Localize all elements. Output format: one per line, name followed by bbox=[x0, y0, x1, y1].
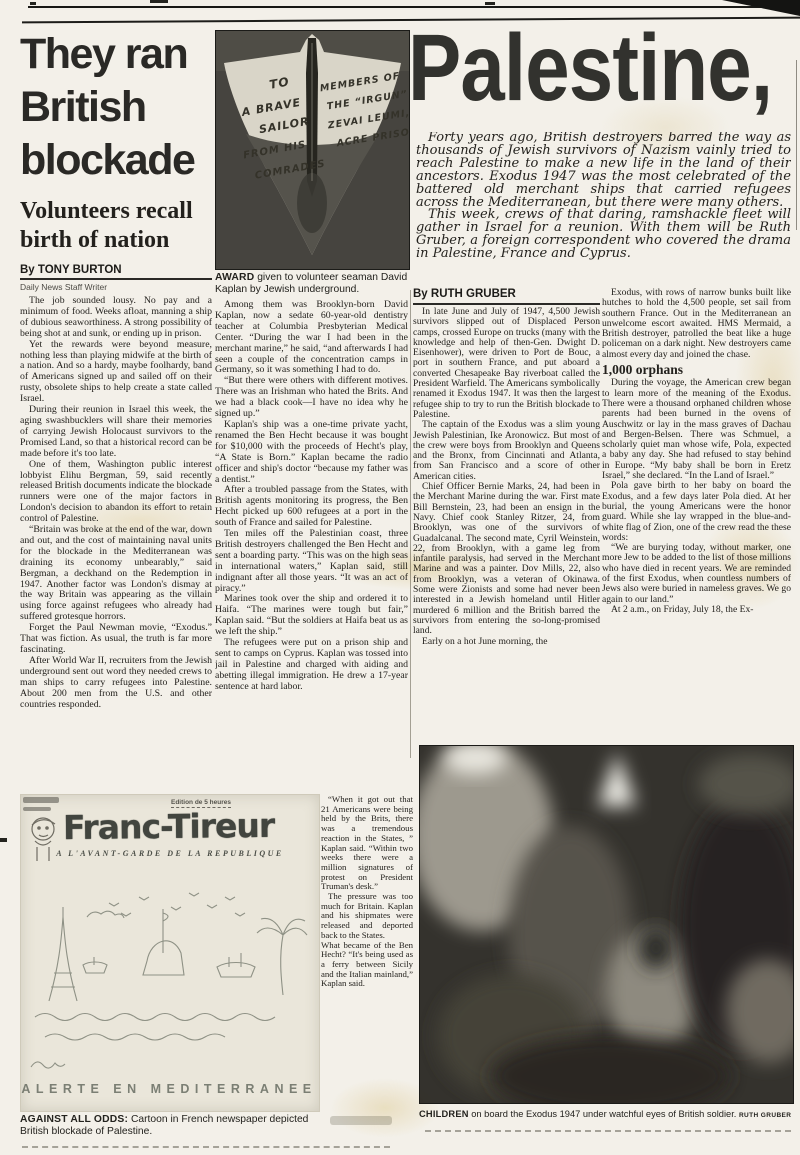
main-intro: Forty years ago, British destroyers barr… bbox=[416, 132, 791, 288]
paragraph: Early on a hot June morning, the bbox=[413, 637, 600, 647]
newspaper-page: They ran British blockade Volunteers rec… bbox=[0, 0, 800, 1155]
eiffel-tower-doodle bbox=[49, 907, 77, 1001]
byline-rule bbox=[413, 303, 600, 305]
french-newspaper-clipping: Edition de 5 heures Franc-Tireur A L'AVA… bbox=[20, 794, 320, 1112]
ship-doodle bbox=[143, 909, 184, 975]
headline-line: British bbox=[20, 81, 220, 134]
paragraph: The captain of the Exodus was a slim you… bbox=[413, 420, 600, 482]
award-caption: AWARD given to volunteer seaman David Ka… bbox=[215, 272, 408, 297]
paragraph: The pressure was too much for Britain. K… bbox=[321, 892, 413, 941]
top-rule bbox=[28, 6, 800, 8]
caption-lead: CHILDREN bbox=[419, 1109, 469, 1119]
paragraph: Kaplan's ship was a one-time private yac… bbox=[215, 420, 408, 485]
paragraph: After a troubled passage from the States… bbox=[215, 485, 408, 529]
headline-line: They ran bbox=[20, 28, 220, 81]
narrow-column: “When it got out that 21 Americans were … bbox=[321, 795, 413, 1135]
clipping-smudge bbox=[23, 807, 51, 811]
caption-text: on board the Exodus 1947 under watchful … bbox=[471, 1109, 736, 1119]
ship-doodle bbox=[217, 953, 255, 977]
ship-doodle bbox=[83, 957, 107, 973]
children-caption: CHILDREN on board the Exodus 1947 under … bbox=[419, 1108, 797, 1122]
paragraph: At 2 a.m., on Friday, July 18, the Ex- bbox=[602, 605, 791, 615]
paragraph: Pola gave birth to her baby on board the… bbox=[602, 481, 791, 543]
scan-speck bbox=[30, 2, 36, 5]
clipping-smudge bbox=[23, 797, 59, 803]
scan-speck bbox=[0, 838, 7, 842]
paragraph: “We are burying today, without marker, o… bbox=[602, 543, 791, 605]
paragraph: Yet the rewards were beyond measure, not… bbox=[20, 340, 212, 405]
scan-speck bbox=[485, 2, 495, 5]
left-subhead: Volunteers recall birth of nation bbox=[20, 197, 216, 255]
main-headline: Palestine, bbox=[408, 12, 800, 124]
byline-rule bbox=[20, 278, 212, 280]
byline-role: Daily News Staff Writer bbox=[20, 282, 212, 292]
left-headline: They ran British blockade bbox=[20, 28, 220, 187]
children-photo bbox=[419, 745, 794, 1104]
left-article-column-2: Among them was Brooklyn-born David Kapla… bbox=[215, 300, 408, 792]
children-photo-art bbox=[420, 746, 793, 1103]
paragraph: One of them, Washington public interest … bbox=[20, 460, 212, 525]
award-photo-art: TO A BRAVE SAILOR FROM HIS COMRADES MEMB… bbox=[216, 31, 409, 269]
paragraph: “When it got out that 21 Americans were … bbox=[321, 795, 413, 892]
paragraph: Ten miles off the Palestinian coast, thr… bbox=[215, 529, 408, 594]
left-article-column-1: The job sounded lousy. No pay and a mini… bbox=[20, 296, 212, 778]
paragraph: “Britain was broke at the end of the war… bbox=[20, 525, 212, 623]
caption-lead: AWARD bbox=[215, 272, 254, 283]
paragraph: During the voyage, the American crew beg… bbox=[602, 378, 791, 481]
paragraph: “But there were others with different mo… bbox=[215, 376, 408, 420]
planes-doodle bbox=[109, 893, 245, 916]
paragraph: What became of the Ben Hecht? “It's bein… bbox=[321, 941, 413, 990]
scan-speck bbox=[150, 0, 168, 3]
cartoon-caption-text: ALERTE EN MEDITERRANEE bbox=[21, 1082, 316, 1096]
waves-doodle bbox=[35, 1014, 275, 1021]
caption-lead: AGAINST ALL ODDS: bbox=[20, 1114, 128, 1125]
intro-paragraph: Forty years ago, British destroyers barr… bbox=[416, 132, 791, 209]
masthead: Franc-Tireur bbox=[63, 806, 275, 847]
paragraph: The refugees were put on a prison ship a… bbox=[215, 638, 408, 693]
mascot-doodle bbox=[23, 813, 63, 868]
paragraph: Exodus, with rows of narrow bunks built … bbox=[602, 288, 791, 360]
paragraph: In late June and July of 1947, 4,500 Jew… bbox=[413, 307, 600, 420]
palm-tree-doodle bbox=[257, 919, 307, 995]
headline-line: blockade bbox=[20, 134, 220, 187]
bottom-dash-row bbox=[425, 1130, 791, 1132]
paragraph: After World War II, recruiters from the … bbox=[20, 656, 212, 711]
byline-author: By TONY BURTON bbox=[20, 264, 212, 276]
caption-smear bbox=[330, 1116, 392, 1125]
main-article-column-1: In late June and July of 1947, 4,500 Jew… bbox=[413, 307, 600, 743]
main-article-column-2: Exodus, with rows of narrow bunks built … bbox=[602, 288, 791, 743]
waves-doodle bbox=[45, 1034, 225, 1040]
caption-credit: RUTH GRUBER bbox=[739, 1112, 791, 1119]
column-subhead: 1,000 orphans bbox=[602, 365, 791, 375]
paragraph: Chief Officer Bernie Marks, 24, had been… bbox=[413, 482, 600, 636]
main-byline-block: By RUTH GRUBER bbox=[413, 288, 600, 305]
cloud-doodle bbox=[87, 911, 124, 918]
paragraph: Forget the Paul Newman movie, “Exodus.” … bbox=[20, 623, 212, 656]
intro-paragraph: This week, crews of that daring, ramshac… bbox=[416, 209, 791, 261]
masthead-subtitle: A L'AVANT-GARDE DE LA REPUBLIQUE bbox=[21, 849, 319, 858]
byline-author: By RUTH GRUBER bbox=[413, 288, 600, 300]
bottom-dash-row bbox=[22, 1146, 390, 1148]
cartoonist-signature bbox=[31, 1062, 65, 1068]
paragraph: Among them was Brooklyn-born David Kapla… bbox=[215, 300, 408, 376]
left-byline-block: By TONY BURTON Daily News Staff Writer bbox=[20, 264, 212, 292]
column-separator bbox=[410, 290, 411, 758]
cartoon-caption: AGAINST ALL ODDS: Cartoon in French news… bbox=[20, 1114, 322, 1139]
paragraph: The job sounded lousy. No pay and a mini… bbox=[20, 296, 212, 340]
cartoon-drawing: ALERTE EN MEDITERRANEE bbox=[21, 861, 317, 1107]
award-photo: TO A BRAVE SAILOR FROM HIS COMRADES MEMB… bbox=[215, 30, 410, 270]
paragraph: Marines took over the ship and ordered i… bbox=[215, 594, 408, 638]
paragraph: During their reunion in Israel this week… bbox=[20, 405, 212, 460]
